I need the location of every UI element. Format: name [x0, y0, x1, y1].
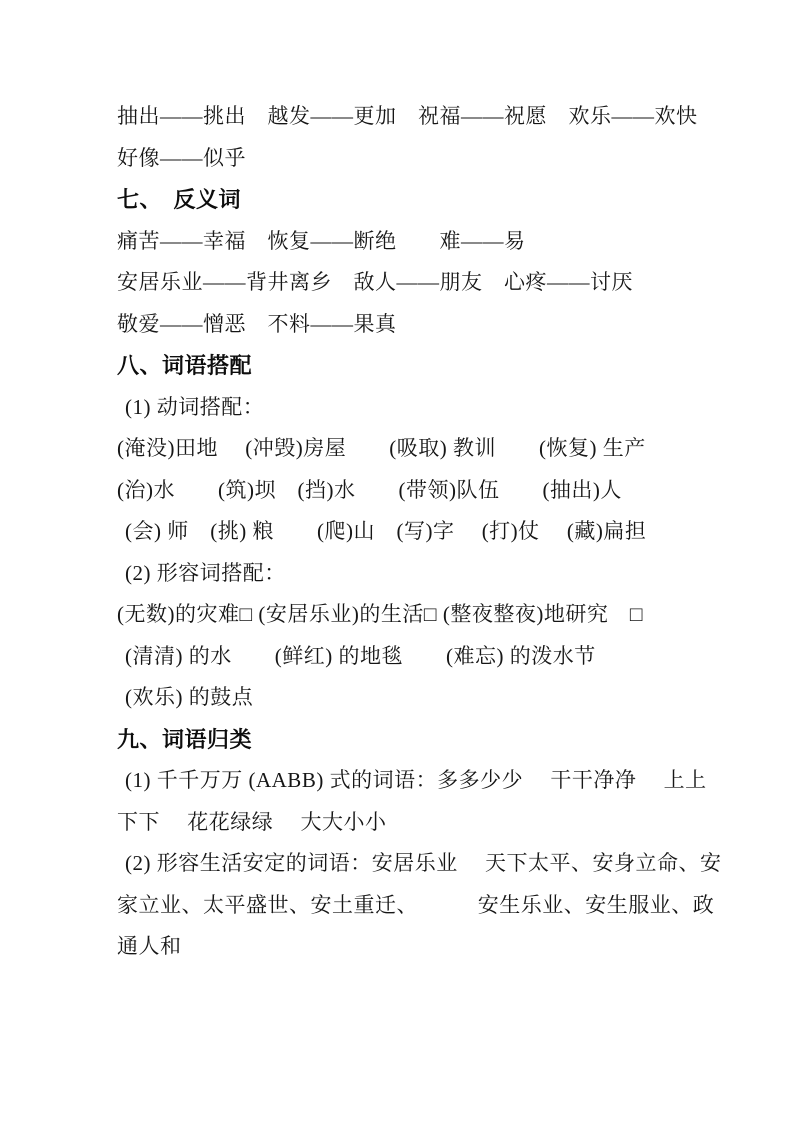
- adjective-collocation-line-3: (欢乐) 的鼓点: [117, 677, 693, 719]
- heading-word-categorization: 九、词语归类: [117, 719, 693, 761]
- document-page: 抽出——挑出 越发——更加 祝福——祝愿 欢乐——欢快 好像——似乎 七、 反义…: [0, 0, 793, 1122]
- antonyms-line-3: 敬爱——憎恶 不料——果真: [117, 304, 693, 346]
- stable-life-words-line-2: 家立业、太平盛世、安土重迁、 安生乐业、安生服业、政: [117, 885, 693, 927]
- synonyms-line-1: 抽出——挑出 越发——更加 祝福——祝愿 欢乐——欢快: [117, 96, 693, 138]
- aabb-words-line-2: 下下 花花绿绿 大大小小: [117, 802, 693, 844]
- verb-collocation-subheading: (1) 动词搭配：: [117, 387, 693, 429]
- document-body: 抽出——挑出 越发——更加 祝福——祝愿 欢乐——欢快 好像——似乎 七、 反义…: [0, 0, 793, 968]
- heading-word-collocation: 八、词语搭配: [117, 345, 693, 387]
- adjective-collocation-subheading: (2) 形容词搭配：: [117, 553, 693, 595]
- stable-life-words-line-1: (2) 形容生活安定的词语：安居乐业 天下太平、安身立命、安: [117, 843, 693, 885]
- adjective-collocation-line-2: (清清) 的水 (鲜红) 的地毯 (难忘) 的泼水节: [117, 636, 693, 678]
- synonyms-line-2: 好像——似乎: [117, 138, 693, 180]
- heading-antonyms: 七、 反义词: [117, 179, 693, 221]
- verb-collocation-line-2: (治)水 (筑)坝 (挡)水 (带领)队伍 (抽出)人: [117, 470, 693, 512]
- verb-collocation-line-3: (会) 师 (挑) 粮 (爬)山 (写)字 (打)仗 (藏)扁担: [117, 511, 693, 553]
- verb-collocation-line-1: (淹没)田地 (冲毁)房屋 (吸取) 教训 (恢复) 生产: [117, 428, 693, 470]
- adjective-collocation-line-1: (无数)的灾难□ (安居乐业)的生活□ (整夜整夜)地研究 □: [117, 594, 693, 636]
- antonyms-line-2: 安居乐业——背井离乡 敌人——朋友 心疼——讨厌: [117, 262, 693, 304]
- aabb-words-line-1: (1) 千千万万 (AABB) 式的词语：多多少少 干干净净 上上: [117, 760, 693, 802]
- stable-life-words-line-3: 通人和: [117, 926, 693, 968]
- antonyms-line-1: 痛苦——幸福 恢复——断绝 难——易: [117, 221, 693, 263]
